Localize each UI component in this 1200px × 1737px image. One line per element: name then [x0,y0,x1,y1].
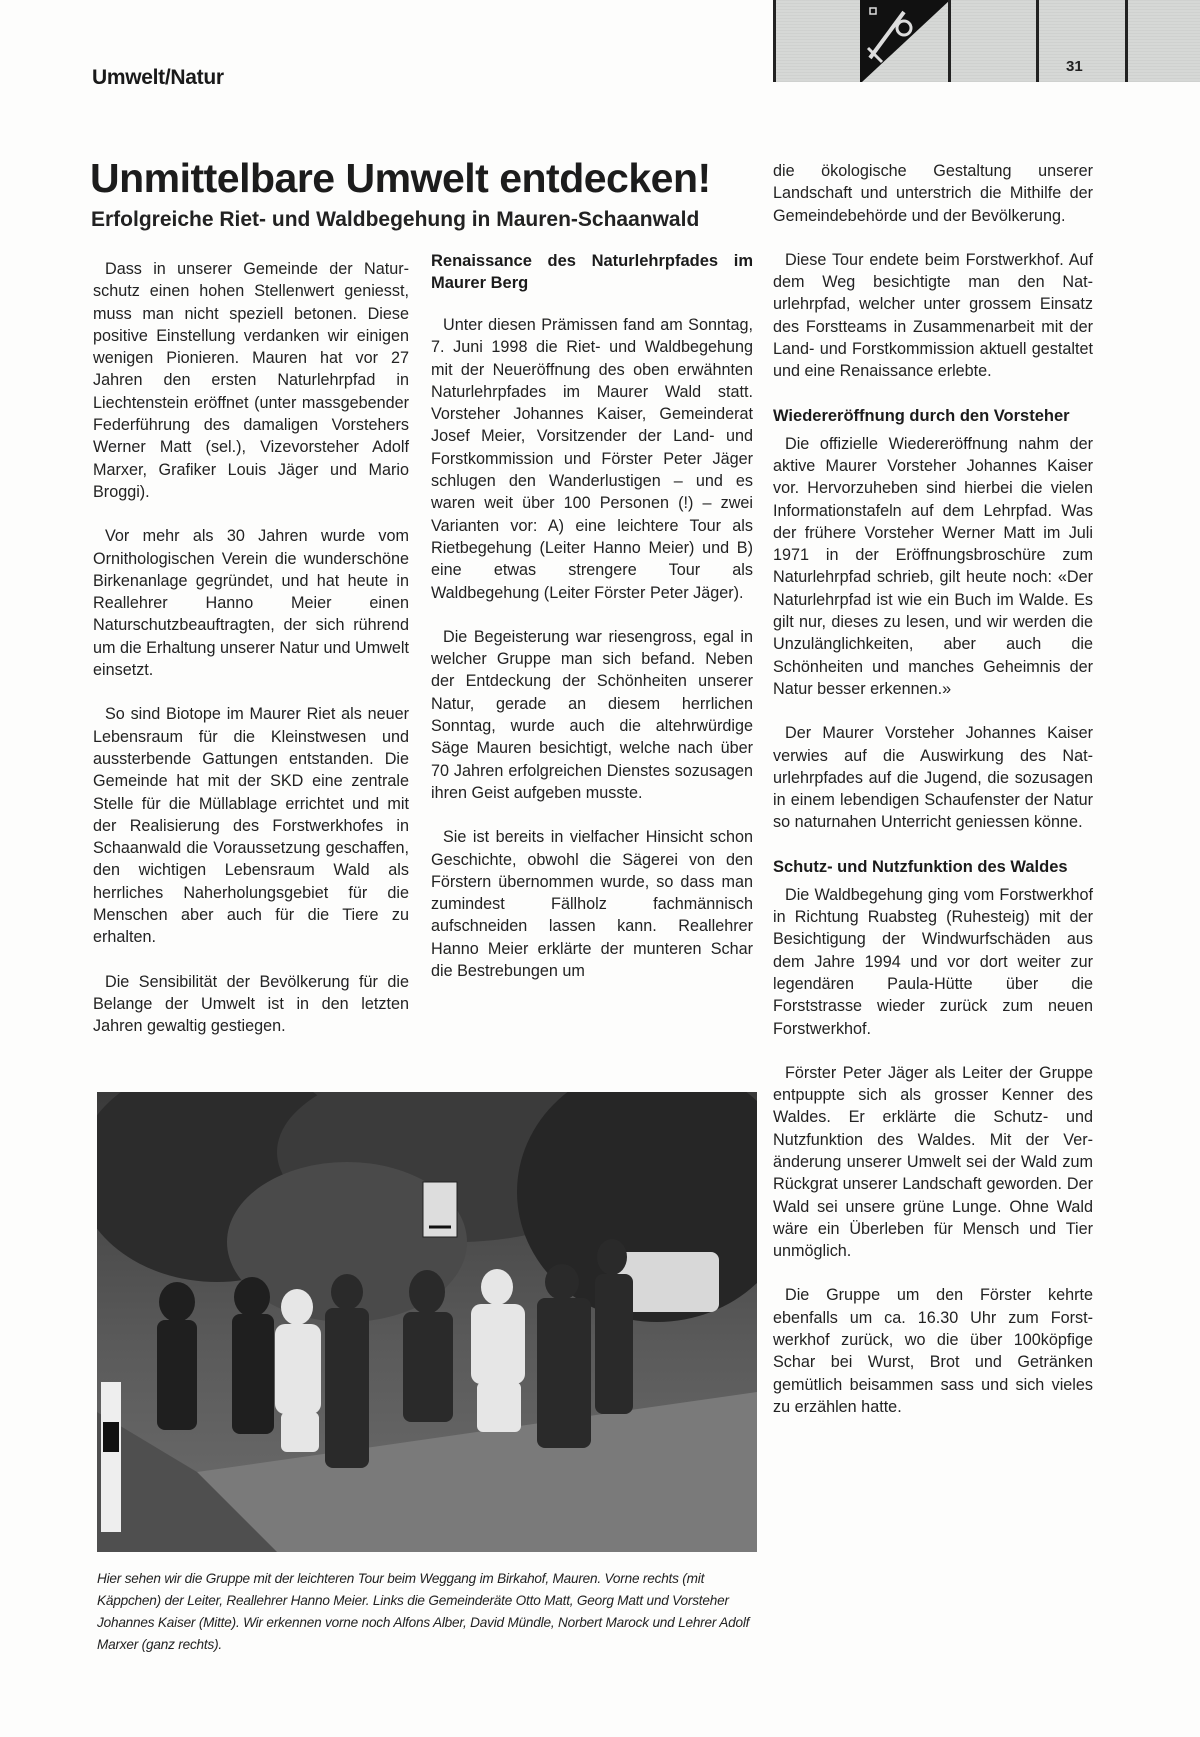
paragraph: Vor mehr als 30 Jahren wurde vom Ornitho… [93,525,409,681]
paragraph: Die Waldbegehung ging vom Forst­werkhof … [773,884,1093,1040]
section-label: Umwelt/Natur [92,66,224,90]
article-column-3: die ökologische Gestaltung unserer Lands… [773,160,1093,1440]
article-column-1: Dass in unserer Gemeinde der Natur­schut… [93,258,409,1060]
crossed-sword-key-emblem-icon [860,0,950,82]
header-divider [773,0,776,82]
paragraph: Unter diesen Prämissen fand am Sonntag, … [431,314,753,604]
paragraph: Der Maurer Vorsteher Johannes Kai­ser ve… [773,722,1093,833]
paragraph: Die offizielle Wiedereröffnung nahm der … [773,433,1093,701]
paragraph: Die Begeisterung war riesengross, egal i… [431,626,753,804]
photo-caption: Hier sehen wir die Gruppe mit der leicht… [97,1568,762,1656]
paragraph: Die Sensibilität der Bevölkerung für die… [93,971,409,1038]
section-heading: Schutz- und Nutzfunktion des Waldes [773,856,1093,878]
article-title: Unmittelbare Umwelt entdecken! [90,155,711,202]
header-band [773,0,1200,82]
group-hike-photo [97,1092,757,1552]
paragraph: die ökologische Gestaltung unserer Lands… [773,160,1093,227]
section-heading: Renaissance des Naturlehrpfades im Maure… [431,250,753,294]
paragraph: Sie ist bereits in vielfacher Hinsicht s… [431,826,753,982]
paragraph: So sind Biotope im Maurer Riet als neuer… [93,703,409,948]
paragraph: Diese Tour endete beim Forstwerkhof. Auf… [773,249,1093,383]
header-divider [1036,0,1039,82]
article-subtitle: Erfolgreiche Riet- und Waldbegehung in M… [91,208,699,232]
header-divider [1125,0,1128,82]
section-heading: Wiedereröffnung durch den Vorsteher [773,405,1093,427]
page-number: 31 [1066,58,1083,75]
paragraph: Die Gruppe um den Förster kehrte ebenfal… [773,1284,1093,1418]
header-divider [948,0,951,82]
paragraph: Dass in unserer Gemeinde der Natur­schut… [93,258,409,503]
article-column-2: Renaissance des Naturlehrpfades im Maure… [431,250,753,1004]
paragraph: Förster Peter Jäger als Leiter der Grup­… [773,1062,1093,1263]
